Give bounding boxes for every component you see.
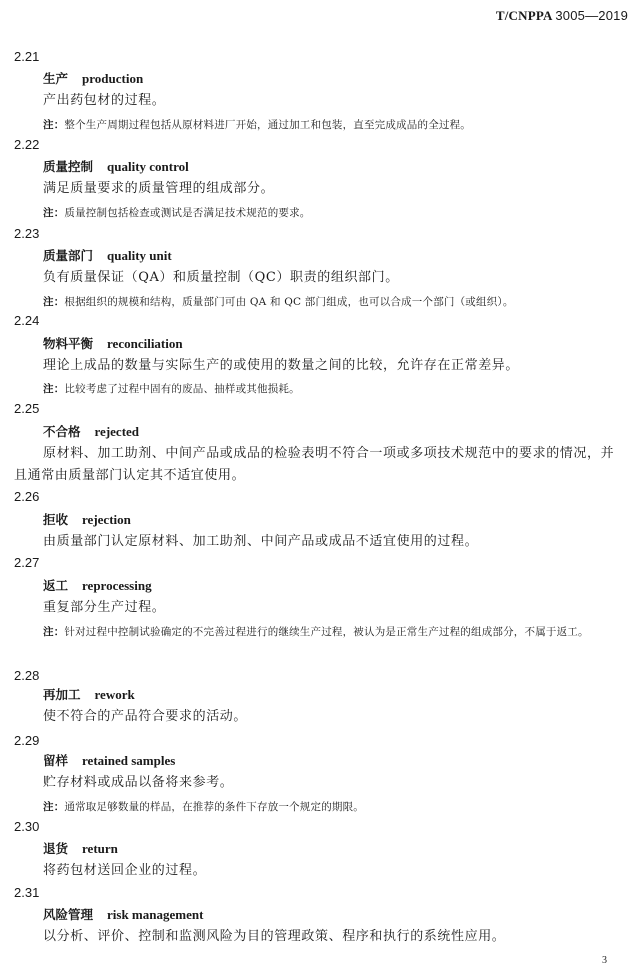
definition: 重复部分生产过程。 <box>43 597 627 619</box>
term-heading: 退货return <box>43 841 118 857</box>
term-heading: 再加工rework <box>43 687 135 703</box>
note-text: 根据组织的规模和结构，质量部门可由 QA 和 QC 部门组成，也可以合成一个部门… <box>64 296 513 308</box>
standard-number: 3005—2019 <box>555 8 628 23</box>
section-number: 2.28 <box>14 668 39 684</box>
note-text: 质量控制包括检查或测试是否满足技术规范的要求。 <box>64 207 310 219</box>
section-number: 2.30 <box>14 819 39 835</box>
section-number: 2.22 <box>14 137 39 153</box>
term-en: return <box>82 841 118 856</box>
term-zh: 风险管理 <box>43 907 93 922</box>
note-label: 注： <box>43 296 64 308</box>
note: 注：根据组织的规模和结构，质量部门可由 QA 和 QC 部门组成，也可以合成一个… <box>43 292 627 312</box>
definition: 满足质量要求的质量管理的组成部分。 <box>43 178 627 200</box>
term-zh: 质量部门 <box>43 248 93 263</box>
note: 注：针对过程中控制试验确定的不完善过程进行的继续生产过程，被认为是正常生产过程的… <box>43 622 627 642</box>
term-en: quality unit <box>107 248 172 263</box>
term-en: retained samples <box>82 753 175 768</box>
definition: 贮存材料或成品以备将来参考。 <box>43 772 627 794</box>
section-number: 2.31 <box>14 885 39 901</box>
definition: 由质量部门认定原材料、加工助剂、中间产品或成品不适宜使用的过程。 <box>43 531 627 553</box>
term-zh: 拒收 <box>43 512 68 527</box>
section-number: 2.27 <box>14 555 39 571</box>
note-label: 注： <box>43 383 64 395</box>
term-zh: 物料平衡 <box>43 336 93 351</box>
section-number: 2.21 <box>14 49 39 65</box>
note: 注：比较考虑了过程中固有的废品、抽样或其他损耗。 <box>43 379 627 399</box>
term-en: reconciliation <box>107 336 183 351</box>
term-heading: 留样retained samples <box>43 753 175 769</box>
note-text: 整个生产周期过程包括从原材料进厂开始，通过加工和包装，直至完成成品的全过程。 <box>64 119 471 131</box>
term-heading: 返工reprocessing <box>43 578 152 594</box>
note-label: 注： <box>43 801 64 813</box>
note: 注：质量控制包括检查或测试是否满足技术规范的要求。 <box>43 203 627 223</box>
section-number: 2.23 <box>14 226 39 242</box>
term-en: rejection <box>82 512 131 527</box>
page-number: 3 <box>602 955 607 966</box>
note-text: 比较考虑了过程中固有的废品、抽样或其他损耗。 <box>64 383 299 395</box>
term-en: production <box>82 71 143 86</box>
definition: 产出药包材的过程。 <box>43 90 627 112</box>
term-en: rework <box>95 687 135 702</box>
term-en: rejected <box>95 424 140 439</box>
document-header: T/CNPPA 3005—2019 <box>496 8 628 24</box>
definition: 将药包材送回企业的过程。 <box>43 860 627 882</box>
term-en: reprocessing <box>82 578 152 593</box>
definition: 使不符合的产品符合要求的活动。 <box>43 706 627 728</box>
term-heading: 拒收rejection <box>43 512 131 528</box>
term-heading: 质量控制quality control <box>43 159 189 175</box>
note-label: 注： <box>43 119 64 131</box>
section-number: 2.25 <box>14 401 39 417</box>
definition: 以分析、评价、控制和监测风险为目的管理政策、程序和执行的系统性应用。 <box>43 926 627 948</box>
term-heading: 质量部门quality unit <box>43 248 172 264</box>
term-zh: 留样 <box>43 753 68 768</box>
term-zh: 质量控制 <box>43 159 93 174</box>
definition: 理论上成品的数量与实际生产的或使用的数量之间的比较，允许存在正常差异。 <box>43 355 627 377</box>
definition: 负有质量保证（QA）和质量控制（QC）职责的组织部门。 <box>43 267 627 289</box>
term-zh: 返工 <box>43 578 68 593</box>
term-heading: 不合格rejected <box>43 424 139 440</box>
term-heading: 风险管理risk management <box>43 907 203 923</box>
term-zh: 再加工 <box>43 687 81 702</box>
term-zh: 生产 <box>43 71 68 86</box>
term-zh: 不合格 <box>43 424 81 439</box>
definition: 原材料、加工助剂、中间产品或成品的检验表明不符合一项或多项技术规范中的要求的情况… <box>14 443 627 487</box>
note-label: 注： <box>43 207 64 219</box>
note-text: 针对过程中控制试验确定的不完善过程进行的继续生产过程，被认为是正常生产过程的组成… <box>64 626 588 638</box>
standard-prefix: T/CNPPA <box>496 8 552 23</box>
term-en: risk management <box>107 907 203 922</box>
section-number: 2.29 <box>14 733 39 749</box>
section-number: 2.26 <box>14 489 39 505</box>
term-heading: 物料平衡reconciliation <box>43 336 183 352</box>
note: 注：通常取足够数量的样品，在推荐的条件下存放一个规定的期限。 <box>43 797 627 817</box>
term-en: quality control <box>107 159 189 174</box>
term-zh: 退货 <box>43 841 68 856</box>
note-text: 通常取足够数量的样品，在推荐的条件下存放一个规定的期限。 <box>64 801 364 813</box>
section-number: 2.24 <box>14 313 39 329</box>
term-heading: 生产production <box>43 71 143 87</box>
note: 注：整个生产周期过程包括从原材料进厂开始，通过加工和包装，直至完成成品的全过程。 <box>43 115 627 135</box>
note-label: 注： <box>43 626 64 638</box>
